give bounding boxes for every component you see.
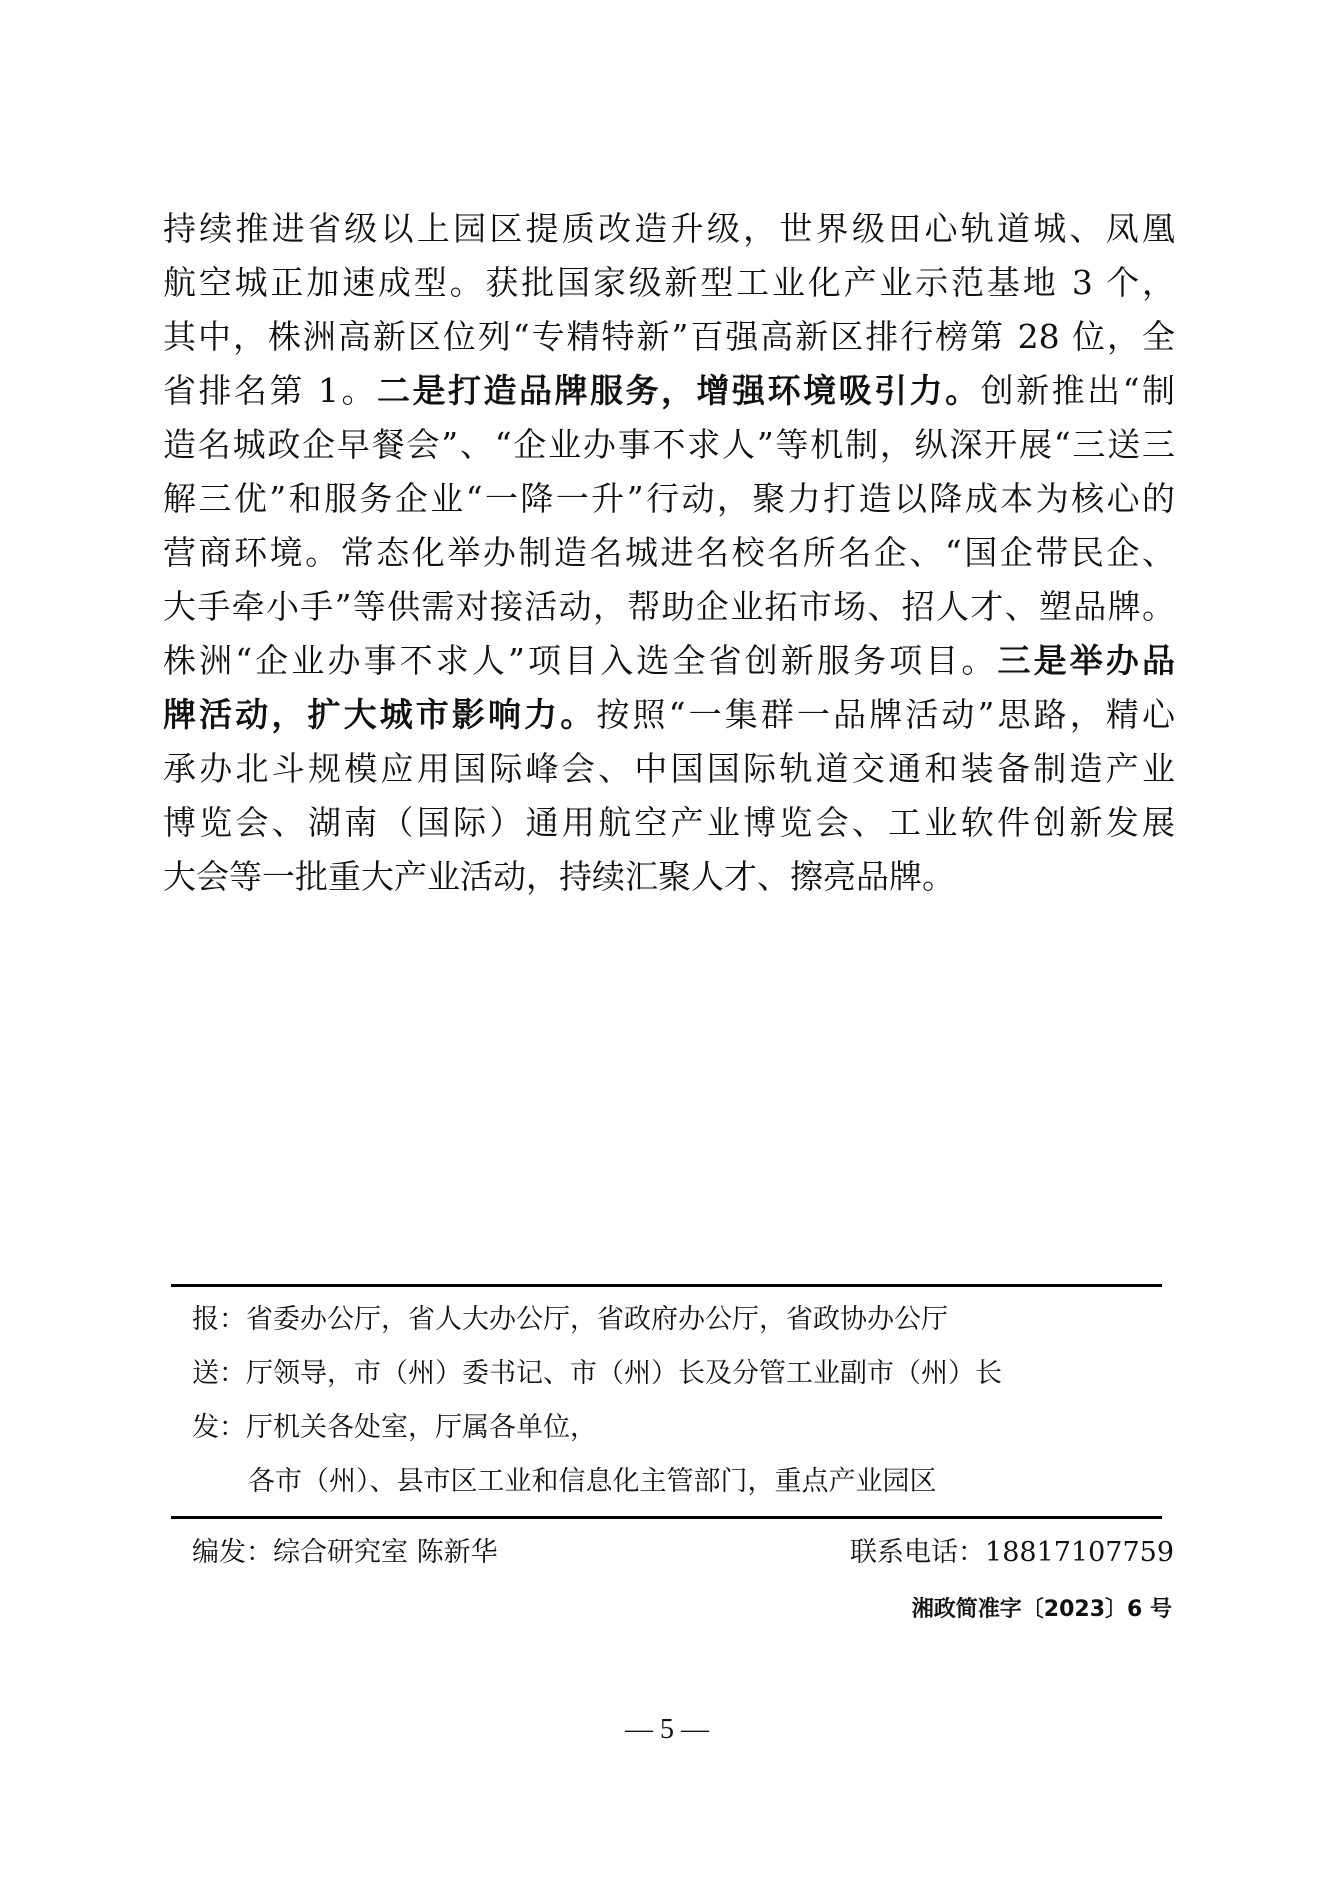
body-text-segment: 解三优”和服务企业“一降一升”行动，聚力打造以降成本为核心的 (163, 479, 1175, 518)
paragraph-line: 株洲“企业办事不求人”项目入选全省创新服务项目。三是举办品 (163, 634, 1175, 688)
bold-heading-text: 二是打造品牌服务，增强环境吸引力。 (377, 371, 981, 410)
body-text-segment: 其中，株洲高新区位列“专精特新”百强高新区排行榜第 28 位，全 (163, 317, 1175, 356)
paragraph-line: 承办北斗规模应用国际峰会、中国国际轨道交通和装备制造产业 (163, 742, 1175, 796)
bottom-divider (171, 1516, 1162, 1519)
body-text-segment: 营商环境。常态化举办制造名城进名校名所名企、“国企带民企、 (163, 533, 1175, 572)
distribution-block: 报：省委办公厅，省人大办公厅，省政府办公厅，省政协办公厅 送：厅领导，市（州）委… (192, 1293, 1172, 1509)
approval-number: 湘政简准字〔2023〕6 号 (912, 1590, 1172, 1630)
paragraph-line: 营商环境。常态化举办制造名城进名校名所名企、“国企带民企、 (163, 526, 1175, 580)
paragraph-line: 持续推进省级以上园区提质改造升级，世界级田心轨道城、凤凰 (163, 202, 1175, 256)
body-text-segment: 大会等一批重大产业活动，持续汇聚人才、擦亮品牌。 (163, 857, 955, 896)
page-number: — 5 — (0, 1710, 1334, 1750)
paragraph-line: 航空城正加速成型。获批国家级新型工业化产业示范基地 3 个， (163, 256, 1175, 310)
body-text-segment: 大手牵小手”等供需对接活动，帮助企业拓市场、招人才、塑品牌。 (163, 587, 1175, 626)
paragraph-line: 省排名第 1。二是打造品牌服务，增强环境吸引力。创新推出“制 (163, 364, 1175, 418)
body-text-segment: 持续推进省级以上园区提质改造升级，世界级田心轨道城、凤凰 (163, 209, 1175, 248)
contact-phone: 联系电话：18817107759 (850, 1526, 1174, 1580)
body-text-segment: 造名城政企早餐会”、“企业办事不求人”等机制，纵深开展“三送三 (163, 425, 1175, 464)
body-text-segment: 博览会、湖南（国际）通用航空产业博览会、工业软件创新发展 (163, 803, 1175, 842)
body-text-segment: 按照“一集群一品牌活动”思路，精心 (596, 695, 1175, 734)
paragraph-line: 造名城政企早餐会”、“企业办事不求人”等机制，纵深开展“三送三 (163, 418, 1175, 472)
paragraph-line: 大会等一批重大产业活动，持续汇聚人才、擦亮品牌。 (163, 850, 1175, 904)
editor-credit: 编发：综合研究室 陈新华 (192, 1526, 498, 1580)
paragraph-line: 解三优”和服务企业“一降一升”行动，聚力打造以降成本为核心的 (163, 472, 1175, 526)
bold-heading-text: 牌活动，扩大城市影响力。 (163, 695, 596, 734)
top-divider (171, 1284, 1162, 1287)
body-text-segment: 承办北斗规模应用国际峰会、中国国际轨道交通和装备制造产业 (163, 749, 1175, 788)
paragraph-line: 其中，株洲高新区位列“专精特新”百强高新区排行榜第 28 位，全 (163, 310, 1175, 364)
body-text-segment: 株洲“企业办事不求人”项目入选全省创新服务项目。 (163, 641, 998, 680)
body-text-segment: 省排名第 1。 (163, 371, 377, 410)
issue-to-line: 发：厅机关各处室，厅属各单位， (192, 1401, 1172, 1455)
paragraph-line: 大手牵小手”等供需对接活动，帮助企业拓市场、招人才、塑品牌。 (163, 580, 1175, 634)
paragraph-line: 牌活动，扩大城市影响力。按照“一集群一品牌活动”思路，精心 (163, 688, 1175, 742)
body-text: 持续推进省级以上园区提质改造升级，世界级田心轨道城、凤凰航空城正加速成型。获批国… (163, 202, 1175, 904)
body-text-segment: 航空城正加速成型。获批国家级新型工业化产业示范基地 3 个， (163, 263, 1175, 302)
report-to-line: 报：省委办公厅，省人大办公厅，省政府办公厅，省政协办公厅 (192, 1293, 1172, 1347)
issue-to-line-continued: 各市（州）、县市区工业和信息化主管部门，重点产业园区 (192, 1455, 1172, 1509)
paragraph-line: 博览会、湖南（国际）通用航空产业博览会、工业软件创新发展 (163, 796, 1175, 850)
body-text-segment: 创新推出“制 (981, 371, 1175, 410)
bold-heading-text: 三是举办品 (998, 641, 1175, 680)
send-to-line: 送：厅领导，市（州）委书记、市（州）长及分管工业副市（州）长 (192, 1347, 1172, 1401)
